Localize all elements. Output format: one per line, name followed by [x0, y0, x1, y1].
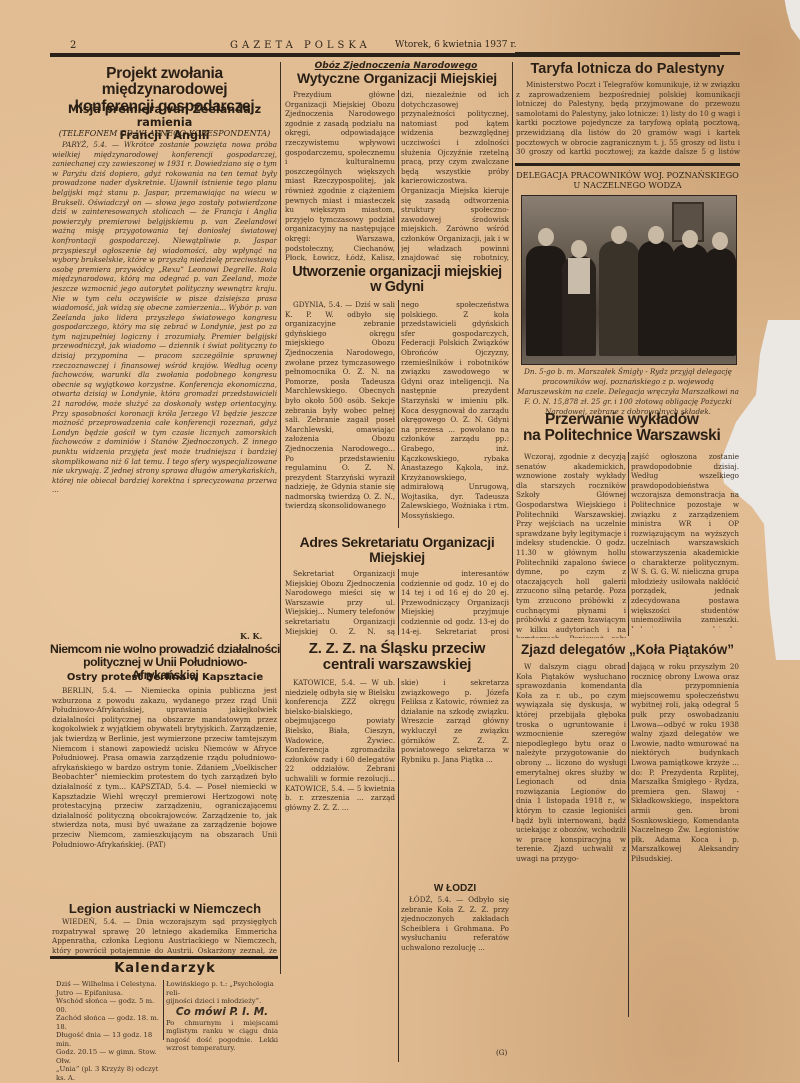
person [704, 248, 736, 356]
article-body-gdynia-left: GDYNIA, 5.4. — Dziś w sali K. P. W. odby… [285, 300, 395, 530]
weather-body: Po chmurnym i miejscami mglistym ranku w… [166, 1019, 278, 1053]
column-divider [628, 452, 629, 636]
calendar-title: Kalendarzyk [50, 962, 280, 976]
article-body-address-left: Sekretariat Organizacji Miejskiej Obozu … [285, 569, 395, 637]
headline-palestine: Taryfa lotnicza do Palestyny [515, 62, 740, 77]
headline-line: na Politechnice Warszawski [517, 428, 742, 444]
article-body-gdynia-right: nego społeczeństwa polskiego. Z koła prz… [401, 300, 509, 530]
person [638, 241, 674, 356]
column-divider [398, 90, 399, 260]
person-head [538, 228, 554, 246]
calendar-right: Łowińskiego p. t.: „Psychologia reli- gi… [166, 980, 278, 1053]
calendar-line: Godz. 20.15 — w gimn. Stow. Ołw. [56, 1048, 164, 1065]
photo-headline-line: DELEGACJA PRACOWNIKÓW WOJ. POZNAŃSKIEGO [515, 170, 740, 180]
column-divider [628, 662, 629, 1017]
person [599, 241, 639, 356]
signature: K. K. [240, 631, 262, 641]
calendar-line: Wschód słońca — godz. 5 m. 00. [56, 997, 164, 1014]
headline-address: Adres Sekretariatu Organizacji Miejskiej [283, 535, 511, 564]
issue-date: Wtorek, 6 kwietnia 1937 r. [395, 40, 517, 50]
scarf [568, 258, 590, 294]
article-body-polytechnic-left: Wczoraj, zgodnie z decyzją senatów akade… [516, 452, 626, 638]
byline: (TELEFONEM OD WŁASNEGO KORESPONDENTA) [52, 129, 277, 138]
article-body-address-right: muje interesantów codziennie od godz. 10… [401, 569, 509, 637]
delegation-photo [521, 195, 737, 365]
section-rule [50, 956, 278, 959]
headline-zzz: Z. Z. Z. na Śląsku przeciw centrali wars… [283, 641, 511, 673]
subhead-lodz: W ŁODZI [401, 883, 509, 894]
article-body-kola-right: dającą w roku przyszłym 20 rocznicę obro… [631, 662, 739, 1014]
article-body-kola-left: W dalszym ciągu obrad Koła Piątaków wysł… [516, 662, 626, 1012]
headline-line: Z. Z. Z. na Śląsku przeciw [283, 641, 511, 657]
article-body-ozn-left: Prezydium główne Organizacji Miejskiej O… [285, 90, 395, 264]
article-body-ozn-right: dzi, niezależnie od ich dotychczasowej p… [401, 90, 509, 264]
column-divider [398, 569, 399, 635]
headline-legion: Legion austriacki w Niemczech [50, 902, 280, 916]
article-body-legion: WIEDEŃ, 5.4. — Dnia wczorajszym sąd przy… [52, 917, 277, 955]
calendar-line: Jutro — Epifaniusa. [56, 989, 164, 998]
headline-line: Adres Sekretariatu Organizacji [283, 535, 511, 550]
article-body-conference: PARYŻ, 5.4. — Wkrótce zostanie powzięta … [52, 140, 277, 627]
subhead-line: Misja premiera van Zeelanda z ramienia [52, 103, 277, 129]
headline-gdynia: Utworzenie organizacji miejskiej w Gdyni [283, 265, 511, 295]
headline-kola: Zjazd delegatów „Koła Piątaków” [515, 643, 740, 657]
headline-line: Niemcom nie wolno prowadzić działalności [50, 643, 280, 656]
page-number: 2 [70, 40, 77, 51]
signature-zzz: (G) [496, 1048, 507, 1057]
article-body-germans: BERLIN, 5.4. — Niemiecka opinia publiczn… [52, 686, 277, 876]
headline-line: w Gdyni [283, 280, 511, 295]
headline-line: Utworzenie organizacji miejskiej [283, 265, 511, 280]
person-head [611, 226, 627, 244]
subhead-germans: Ostry protest Berlina w Kapsztacie [50, 672, 280, 683]
calendar-divider [163, 980, 164, 1040]
headline-line: Projekt zwołania międzynarodowej [52, 66, 277, 99]
calendar-left: Dziś — Wilhelma i Celestyna. Jutro — Epi… [56, 980, 164, 1082]
person-head [682, 230, 698, 248]
article-body-lodz: ŁÓDŹ, 5.4. — Odbyło się zebranie Koła Z.… [401, 895, 509, 1045]
section-rule [515, 52, 740, 55]
column-divider [398, 678, 399, 1062]
calendar-line: „Unia” (pl. 3 Krzyży 8) odczyt ks. A. [56, 1065, 164, 1082]
person-head [712, 232, 728, 250]
person [526, 246, 566, 356]
torn-area-top-right [778, 0, 800, 40]
headline-line: centrali warszawskiej [283, 657, 511, 673]
column-divider [398, 300, 399, 528]
person-head [648, 226, 664, 244]
person [672, 244, 708, 356]
calendar-line: gijności dzieci i młodzieży”. [166, 997, 278, 1006]
calendar-line: Zachód słońca — godz. 18. m. 18. [56, 1014, 164, 1031]
headline-line: Przerwanie wykładów [517, 412, 742, 428]
column-divider [512, 62, 513, 822]
column-divider [280, 62, 281, 974]
weather-title: Co mówi P. I. M. [166, 1006, 278, 1019]
headline-ozn: Wytyczne Organizacji Miejskiej [283, 71, 511, 86]
photo-headline: DELEGACJA PRACOWNIKÓW WOJ. POZNAŃSKIEGO … [515, 170, 740, 190]
headline-line: Miejskiej [283, 550, 511, 565]
photo-caption: Dn. 5-go b. m. Marszałek Śmigły - Rydz p… [516, 367, 740, 417]
article-body-zzz-right: skie) i sekretarza związkowego p. Józefa… [401, 678, 509, 882]
calendar-line: Łowińskiego p. t.: „Psychologia reli- [166, 980, 278, 997]
photo-headline-line: U NACZELNEGO WODZA [515, 180, 740, 190]
article-body-polytechnic-right: zajść ogłoszona zostanie prawdopodobnie … [631, 452, 739, 628]
calendar-line: Dziś — Wilhelma i Celestyna. [56, 980, 164, 989]
article-body-palestine: Ministerstwo Poczt i Telegrafów komuniku… [516, 80, 740, 158]
newspaper-title: GAZETA POLSKA [230, 40, 371, 51]
section-rule [515, 163, 740, 166]
headline-polytechnic: Przerwanie wykładów na Politechnice Wars… [515, 412, 742, 445]
article-body-zzz-left: KATOWICE, 5.4. — W ub. niedzielę odbyła … [285, 678, 395, 1064]
person-head [571, 240, 587, 258]
calendar-line: Długość dnia — 13 godz. 18 min. [56, 1031, 164, 1048]
